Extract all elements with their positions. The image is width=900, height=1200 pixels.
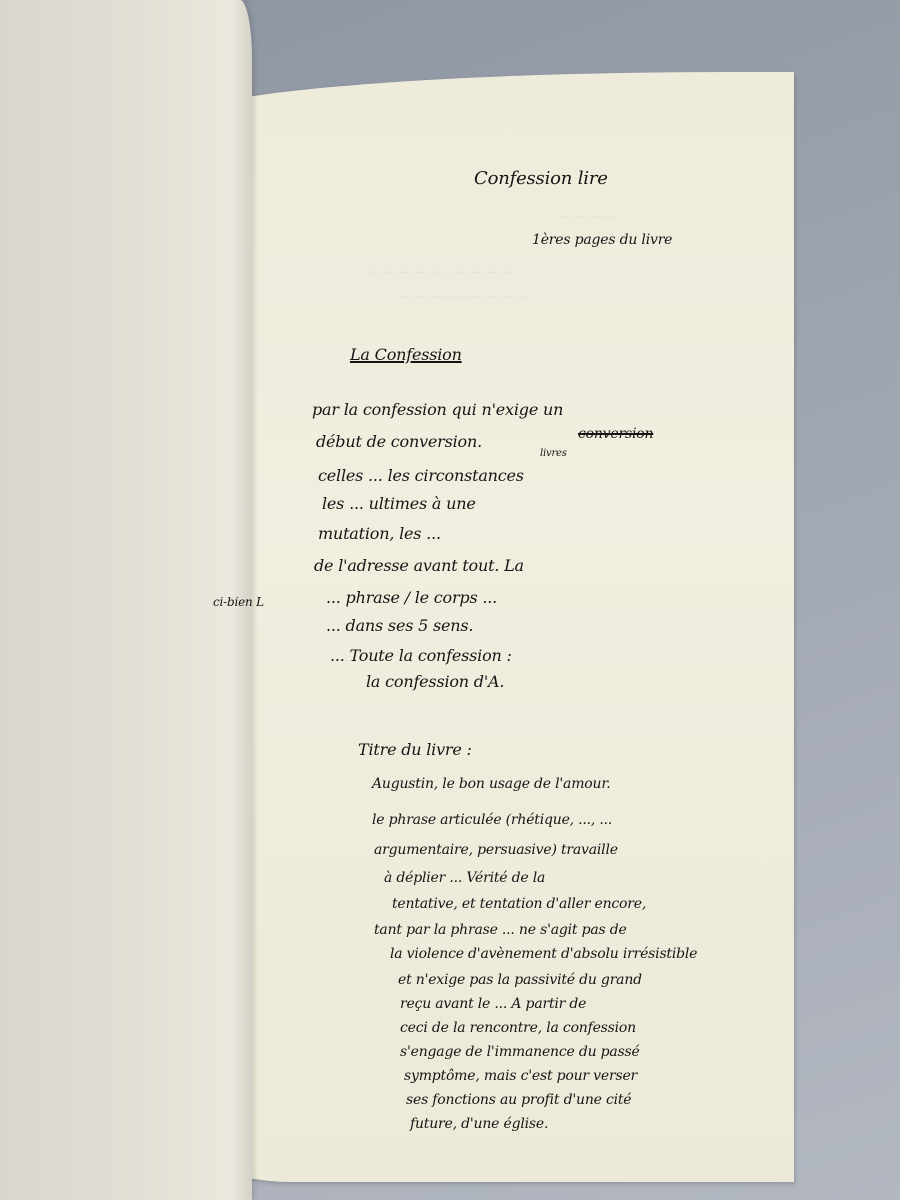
manuscript-line: par la confession qui n'exige un xyxy=(312,400,563,419)
manuscript-line: ... phrase / le corps ... xyxy=(326,588,497,607)
manuscript-line: argumentaire, persuasive) travaille xyxy=(374,842,618,858)
margin-note: ci-bien L xyxy=(213,595,264,609)
manuscript-line: future, d'une église. xyxy=(410,1116,548,1132)
manuscript-line: ... Toute la confession : xyxy=(330,646,512,665)
struck-word: conversion xyxy=(578,426,653,442)
page-subtitle: 1ères pages du livre xyxy=(532,232,672,248)
manuscript-line: de l'adresse avant tout. La xyxy=(314,556,524,575)
manuscript-line: celles ... les circonstances xyxy=(318,466,524,485)
manuscript-line: le phrase articulée (rhétique, ..., ... xyxy=(372,812,612,828)
manuscript-line: reçu avant le ... A partir de xyxy=(400,996,586,1012)
manuscript-line: symptôme, mais c'est pour verser xyxy=(404,1068,637,1084)
manuscript-line: ceci de la rencontre, la confession xyxy=(400,1020,636,1036)
bleed-through-text: — — — — — — — — — — xyxy=(370,265,511,278)
manuscript-line: s'engage de l'immanence du passé xyxy=(400,1044,640,1060)
manuscript-line: les ... ultimes à une xyxy=(322,494,476,513)
right-page xyxy=(172,72,794,1182)
manuscript-line: et n'exige pas la passivité du grand xyxy=(398,972,642,988)
section-heading: La Confession xyxy=(350,345,462,364)
manuscript-line: la confession d'A. xyxy=(366,672,504,691)
manuscript-line: tant par la phrase ... ne s'agit pas de xyxy=(374,922,627,938)
manuscript-line: Augustin, le bon usage de l'amour. xyxy=(372,776,611,792)
manuscript-line: tentative, et tentation d'aller encore, xyxy=(392,896,646,912)
manuscript-line: la violence d'avènement d'absolu irrésis… xyxy=(390,946,697,962)
manuscript-line: ... dans ses 5 sens. xyxy=(326,616,473,635)
manuscript-line: mutation, les ... xyxy=(318,524,441,543)
manuscript-line: à déplier ... Vérité de la xyxy=(384,870,545,886)
manuscript-line: ses fonctions au profit d'une cité xyxy=(406,1092,631,1108)
bleed-through-text: — — — — — — — — — xyxy=(400,290,527,303)
manuscript-line: début de conversion. xyxy=(316,432,482,451)
bleed-through-text: — — — — xyxy=(560,210,615,223)
insertion-word: livres xyxy=(540,448,567,459)
page-title: Confession lire xyxy=(474,168,608,189)
section-heading: Titre du livre : xyxy=(358,740,472,759)
